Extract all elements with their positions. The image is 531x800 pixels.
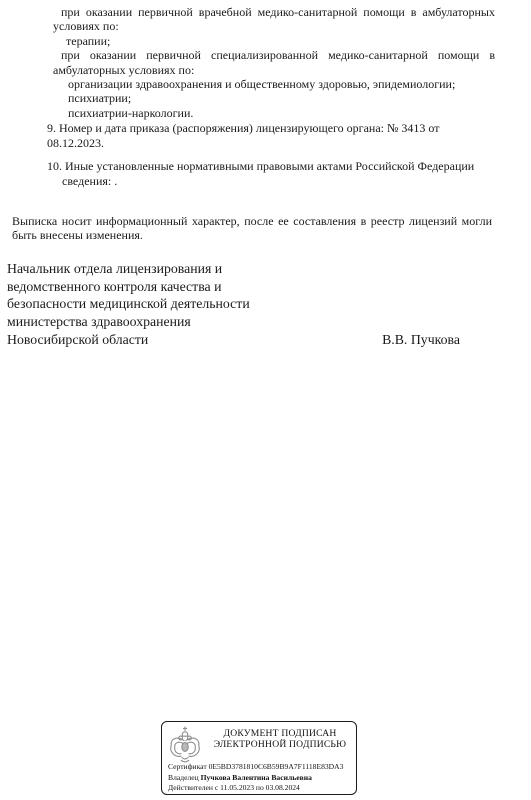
list-item-psychiatry: психиатрии; bbox=[68, 91, 495, 105]
signer-position-line: ведомственного контроля качества и bbox=[7, 278, 524, 296]
specialized-care-paragraph: при оказании первичной специализированно… bbox=[53, 48, 495, 77]
numbered-item-10-continuation: сведения: . bbox=[62, 174, 495, 189]
list-item-psychiatry-narcology: психиатрии-наркологии. bbox=[68, 106, 495, 120]
signer-position-line: Начальник отдела лицензирования и bbox=[7, 260, 524, 278]
list-item-therapy: терапии; bbox=[66, 34, 495, 48]
license-body-text: при оказании первичной врачебной медико-… bbox=[0, 5, 531, 189]
signature-last-line: Новосибирской области В.В. Пучкова bbox=[7, 331, 460, 349]
owner-label: Владелец bbox=[168, 773, 199, 782]
signer-position-line: Новосибирской области bbox=[7, 331, 148, 349]
coat-of-arms-emblem-icon bbox=[167, 726, 203, 764]
stamp-title-line2: ЭЛЕКТРОННОЙ ПОДПИСЬЮ bbox=[208, 740, 352, 751]
electronic-signature-stamp: ДОКУМЕНТ ПОДПИСАН ЭЛЕКТРОННОЙ ПОДПИСЬЮ С… bbox=[161, 721, 357, 795]
stamp-certificate-line: Сертификат 0E5BD3781810C6B59B9A7F1118E83… bbox=[168, 762, 352, 773]
numbered-item-9: 9. Номер и дата приказа (распоряжения) л… bbox=[47, 121, 495, 151]
certificate-value: 0E5BD3781810C6B59B9A7F1118E83DA3 bbox=[209, 762, 344, 771]
stamp-owner-line: Владелец Пучкова Валентина Васильевна bbox=[168, 773, 352, 784]
list-item-healthcare-organization: организации здравоохранения и общественн… bbox=[68, 77, 495, 91]
signer-position-line: министерства здравоохранения bbox=[7, 313, 524, 331]
owner-name: Пучкова Валентина Васильевна bbox=[201, 773, 312, 782]
informational-note: Выписка носит информационный характер, п… bbox=[12, 214, 492, 243]
signature-block: Начальник отдела лицензирования и ведомс… bbox=[7, 260, 524, 349]
license-extract-page: при оказании первичной врачебной медико-… bbox=[0, 0, 531, 800]
stamp-info: Сертификат 0E5BD3781810C6B59B9A7F1118E83… bbox=[168, 762, 352, 794]
signer-position-line: безопасности медицинской деятельности bbox=[7, 295, 524, 313]
numbered-item-10: 10. Иные установленные нормативными прав… bbox=[47, 159, 495, 174]
primary-care-paragraph: при оказании первичной врачебной медико-… bbox=[53, 5, 495, 34]
stamp-title: ДОКУМЕНТ ПОДПИСАН ЭЛЕКТРОННОЙ ПОДПИСЬЮ bbox=[208, 729, 352, 751]
signer-name: В.В. Пучкова bbox=[382, 331, 460, 349]
stamp-validity-line: Действителен с 11.05.2023 по 03.08.2024 bbox=[168, 783, 352, 794]
certificate-label: Сертификат bbox=[168, 762, 207, 771]
